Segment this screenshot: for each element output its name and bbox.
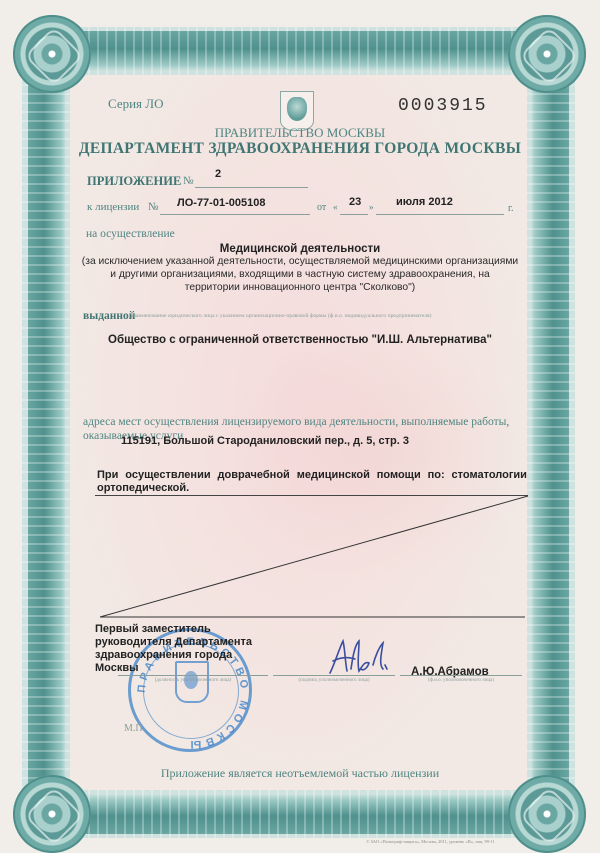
signature-underline [273,675,395,676]
printer-imprint: © ЗАО «Полиграф-защита», Москва, 2011, у… [366,839,495,844]
blank-space-strike-lines [0,0,600,853]
license-appendix-document: Серия ЛО 0003915 ПРАВИТЕЛЬСТВО МОСКВЫ ДЕ… [0,0,600,853]
signatory-position: Первый заместитель руководителя Департам… [95,623,252,675]
signatory-position-line: Москвы [95,662,252,675]
position-underline [118,675,268,676]
signatory-position-line: Первый заместитель [95,623,252,636]
signature-caption: (подпись уполномоченного лица) [273,678,395,683]
position-caption: (должность уполномоченного лица) [118,678,268,683]
appendix-integral-note: Приложение является неотъемлемой частью … [0,766,600,781]
signatory-position-line: руководителя Департамента [95,636,252,649]
seal-place-label: М.П. [124,723,145,734]
name-underline [400,675,522,676]
name-caption: (ф.и.о. уполномоченного лица) [400,678,522,683]
signatory-name: А.Ю.Абрамов [411,666,489,678]
signatory-position-line: здравоохранения города [95,649,252,662]
